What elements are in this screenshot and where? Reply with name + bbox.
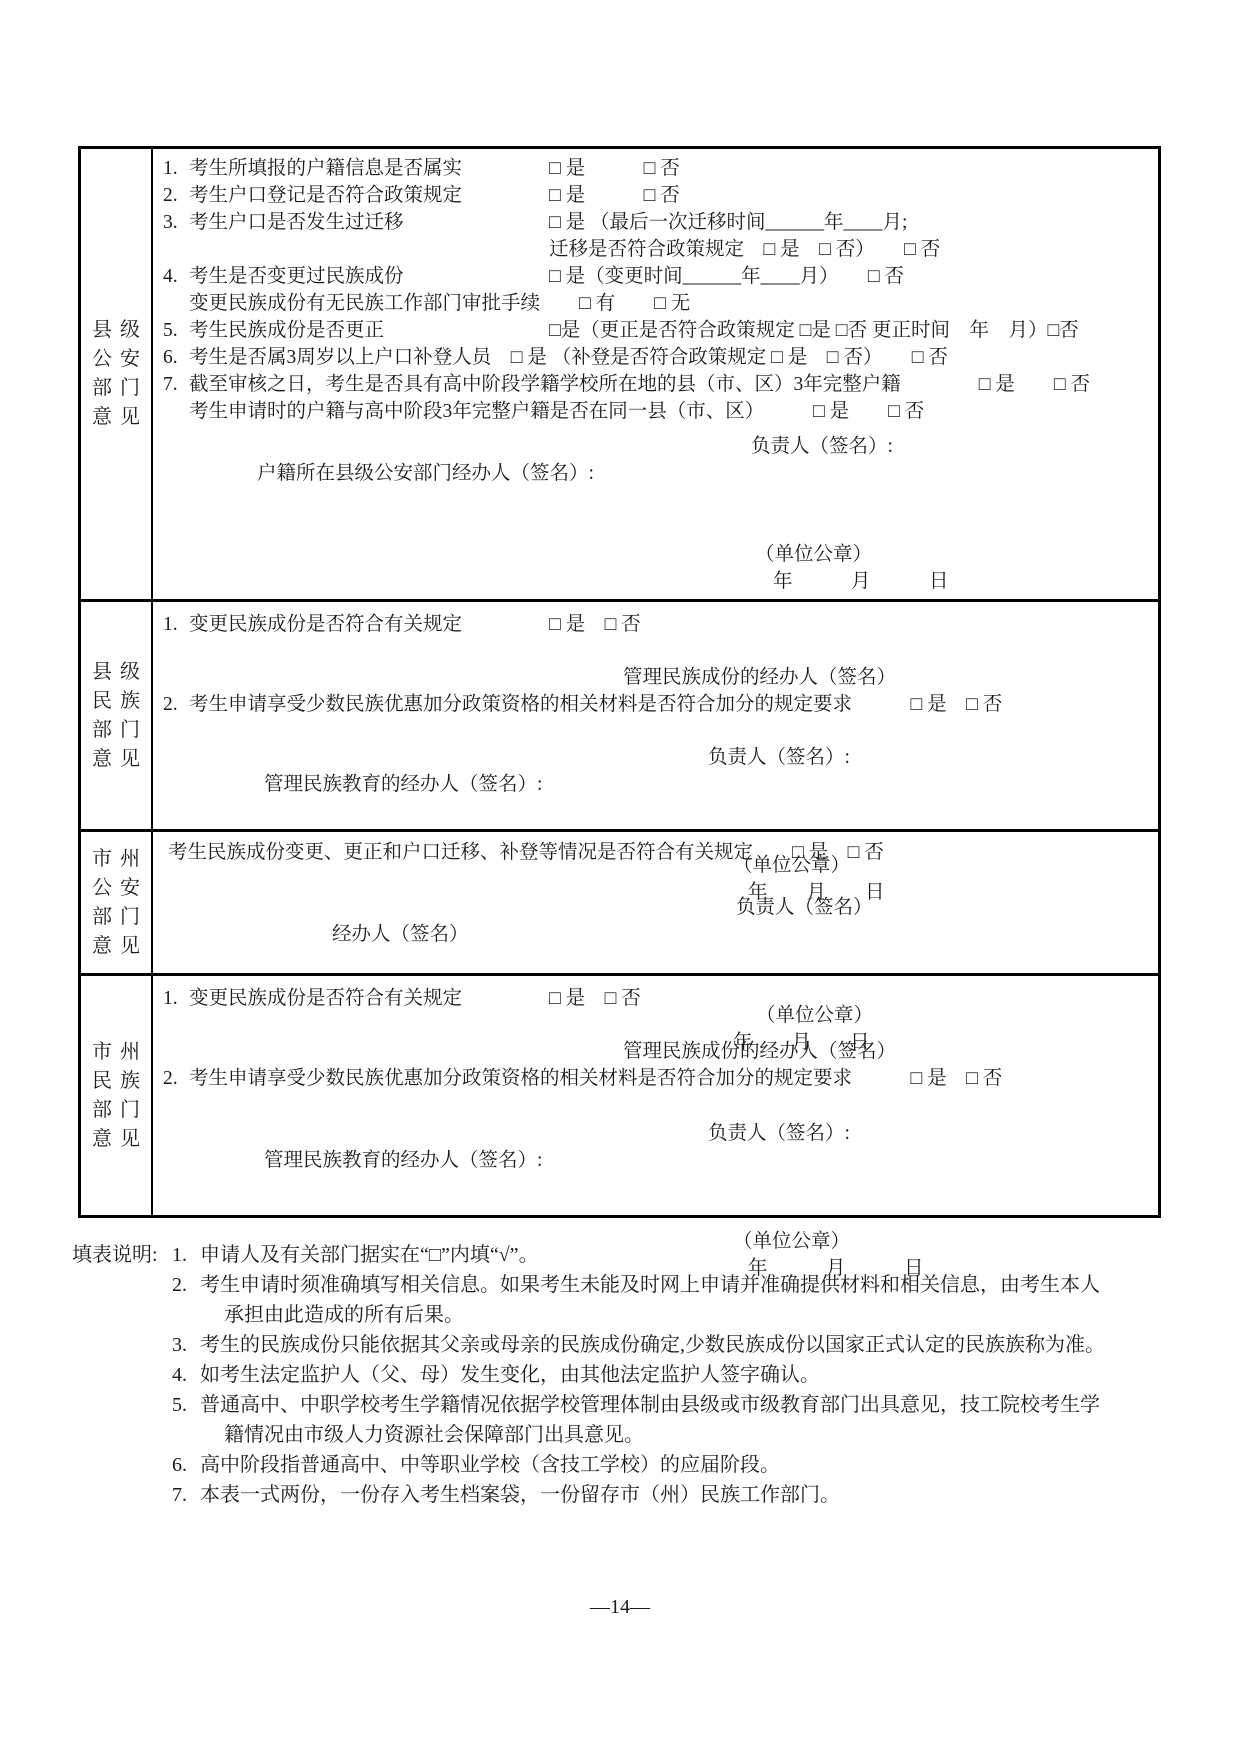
row-label-line: 公安 bbox=[84, 874, 148, 903]
row-label-line: 民族 bbox=[84, 687, 148, 716]
question-line: 6. 考生是否属3周岁以上户口补登人员 □ 是 （补登是否符合政策规定 □ 是 … bbox=[163, 344, 1148, 371]
row-label-line: 公安 bbox=[84, 345, 148, 374]
document-page: { "r1": { "label": ["县级", "公安", "部门", "意… bbox=[0, 0, 1240, 1754]
row-label-line: 县级 bbox=[84, 316, 148, 345]
question-text: 考生所填报的户籍信息是否属实 bbox=[189, 155, 549, 182]
note-text: 考生的民族成份只能依据其父亲或母亲的民族成份确定,少数民族成份以国家正式认定的民… bbox=[200, 1330, 1105, 1360]
principal-signature-label: 负责人（签名）: bbox=[708, 744, 850, 771]
answer-options: □ 是 □ 否 bbox=[549, 985, 641, 1012]
note-number: 5. bbox=[172, 1390, 200, 1420]
question-number: 2. bbox=[163, 691, 189, 718]
question-line: 考生民族成份变更、更正和户口迁移、补登等情况是否符合有关规定 □ 是 □ 否 bbox=[163, 839, 1148, 866]
operator-signature-label: 管理民族教育的经办人（签名）: bbox=[264, 1150, 542, 1171]
question-line: 2. 考生申请享受少数民族优惠加分政策资格的相关材料是否符合加分的规定要求 □ … bbox=[163, 691, 1148, 718]
opinion-cell-city-ethnic: 1. 变更民族成份是否符合有关规定 □ 是 □ 否 管理民族成份的经办人（签名）… bbox=[153, 976, 1158, 1215]
opinion-row-county-police: 县级 公安 部门 意见 1. 考生所填报的户籍信息是否属实 □ 是 □ 否 2.… bbox=[81, 149, 1158, 599]
note-number: 7. bbox=[172, 1480, 200, 1510]
question-text: 变更民族成份是否符合有关规定 bbox=[189, 985, 549, 1012]
question-number: 1. bbox=[163, 155, 189, 182]
question-text: 考生申请享受少数民族优惠加分政策资格的相关材料是否符合加分的规定要求 □ 是 □… bbox=[189, 691, 1002, 718]
page-number: —14— bbox=[0, 1596, 1240, 1619]
question-line: 5. 考生民族成份是否更正 □是（更正是否符合政策规定 □是 □否 更正时间 年… bbox=[163, 317, 1148, 344]
opinion-row-city-ethnic: 市州 民族 部门 意见 1. 变更民族成份是否符合有关规定 □ 是 □ 否 管理… bbox=[81, 973, 1158, 1215]
row-label-city-ethnic: 市州 民族 部门 意见 bbox=[81, 976, 153, 1215]
note-text: 高中阶段指普通高中、中等职业学校（含技工学校）的应届阶段。 bbox=[200, 1450, 780, 1480]
question-text: 考生是否变更过民族成份 bbox=[189, 263, 549, 290]
question-line: 4. 考生是否变更过民族成份 □ 是（变更时间______年____月） □ 否 bbox=[163, 263, 1148, 290]
row-label-line: 民族 bbox=[84, 1067, 148, 1096]
question-text: 截至审核之日，考生是否具有高中阶段学籍学校所在地的县（市、区）3年完整户籍 □ … bbox=[189, 371, 1090, 398]
row-label-line: 县级 bbox=[84, 658, 148, 687]
note-text: 如考生法定监护人（父、母）发生变化，由其他法定监护人签字确认。 bbox=[200, 1360, 820, 1390]
signature-line: 管理民族教育的经办人（签名）: 负责人（签名）: bbox=[163, 1120, 1148, 1228]
note-number: 1. bbox=[172, 1240, 200, 1270]
note-number: 3. bbox=[172, 1330, 200, 1360]
question-number: 3. bbox=[163, 209, 189, 236]
row-label-county-ethnic: 县级 民族 部门 意见 bbox=[81, 602, 153, 829]
date-line: 年 月 日 bbox=[163, 568, 1148, 595]
question-text: 考生民族成份是否更正 bbox=[189, 317, 549, 344]
question-text: 考生户口登记是否符合政策规定 bbox=[189, 182, 549, 209]
question-number: 1. bbox=[163, 985, 189, 1012]
row-label-line: 市州 bbox=[84, 845, 148, 874]
question-text: 考生是否属3周岁以上户口补登人员 □ 是 （补登是否符合政策规定 □ 是 □ 否… bbox=[189, 344, 948, 371]
note-item: 5. 普通高中、中职学校考生学籍情况依据学校管理体制由县级或市级教育部门出具意见… bbox=[172, 1390, 1105, 1420]
answer-options: □是（更正是否符合政策规定 □是 □否 更正时间 年 月）□否 bbox=[549, 317, 1079, 344]
answer-options: □ 是 □ 否 bbox=[549, 182, 680, 209]
question-line: 3. 考生户口是否发生过迁移 □ 是 （最后一次迁移时间______年____月… bbox=[163, 209, 1148, 236]
question-continuation: 考生申请时的户籍与高中阶段3年完整户籍是否在同一县（市、区） □ 是 □ 否 bbox=[163, 398, 1148, 425]
question-number: 4. bbox=[163, 263, 189, 290]
question-line: 1. 变更民族成份是否符合有关规定 □ 是 □ 否 bbox=[163, 985, 1148, 1012]
note-text: 申请人及有关部门据实在“□”内填“√”。 bbox=[200, 1240, 539, 1270]
row-label-line: 部门 bbox=[84, 716, 148, 745]
ethnic-status-operator-label: 管理民族成份的经办人（签名） bbox=[163, 1038, 1148, 1065]
question-line: 1. 考生所填报的户籍信息是否属实 □ 是 □ 否 bbox=[163, 155, 1148, 182]
note-number: 2. bbox=[172, 1270, 200, 1300]
row-label-line: 意见 bbox=[84, 403, 148, 432]
note-text: 考生申请时须准确填写相关信息。如果考生未能及时网上申请并准确提供材料和相关信息，… bbox=[200, 1270, 1100, 1300]
question-text: 考生申请享受少数民族优惠加分政策资格的相关材料是否符合加分的规定要求 □ 是 □… bbox=[189, 1065, 1002, 1092]
note-number: 6. bbox=[172, 1450, 200, 1480]
answer-options: □ 是（变更时间______年____月） □ 否 bbox=[549, 263, 904, 290]
opinion-cell-county-ethnic: 1. 变更民族成份是否符合有关规定 □ 是 □ 否 管理民族成份的经办人（签名）… bbox=[153, 602, 1158, 829]
question-number: 1. bbox=[163, 611, 189, 638]
note-text: 本表一式两份，一份存入考生档案袋，一份留存市（州）民族工作部门。 bbox=[200, 1480, 840, 1510]
note-item: 2. 考生申请时须准确填写相关信息。如果考生未能及时网上申请并准确提供材料和相关… bbox=[172, 1270, 1105, 1300]
row-label-line: 意见 bbox=[84, 745, 148, 774]
question-line: 2. 考生申请享受少数民族优惠加分政策资格的相关材料是否符合加分的规定要求 □ … bbox=[163, 1065, 1148, 1092]
question-number: 6. bbox=[163, 344, 189, 371]
row-label-city-police: 市州 公安 部门 意见 bbox=[81, 832, 153, 973]
principal-signature-label: 负责人（签名） bbox=[736, 894, 873, 921]
opinion-cell-city-police: 考生民族成份变更、更正和户口迁移、补登等情况是否符合有关规定 □ 是 □ 否 经… bbox=[153, 832, 1158, 973]
note-text: 普通高中、中职学校考生学籍情况依据学校管理体制由县级或市级教育部门出具意见，技工… bbox=[200, 1390, 1100, 1420]
row-label-line: 意见 bbox=[84, 1125, 148, 1154]
principal-signature-label: 负责人（签名）: bbox=[751, 433, 893, 460]
notes-heading: 填表说明: bbox=[72, 1240, 172, 1510]
opinion-row-city-police: 市州 公安 部门 意见 考生民族成份变更、更正和户口迁移、补登等情况是否符合有关… bbox=[81, 829, 1158, 973]
note-item: 4. 如考生法定监护人（父、母）发生变化，由其他法定监护人签字确认。 bbox=[172, 1360, 1105, 1390]
opinion-cell-county-police: 1. 考生所填报的户籍信息是否属实 □ 是 □ 否 2. 考生户口登记是否符合政… bbox=[153, 149, 1158, 599]
question-number: 5. bbox=[163, 317, 189, 344]
question-number: 2. bbox=[163, 182, 189, 209]
row-label-line: 部门 bbox=[84, 903, 148, 932]
note-item: 7. 本表一式两份，一份存入考生档案袋，一份留存市（州）民族工作部门。 bbox=[172, 1480, 1105, 1510]
question-continuation: 变更民族成份有无民族工作部门审批手续 □ 有 □ 无 bbox=[163, 290, 1148, 317]
operator-signature-label: 户籍所在县级公安部门经办人（签名）: bbox=[257, 463, 594, 484]
row-label-line: 部门 bbox=[84, 1096, 148, 1125]
operator-signature-label: 管理民族教育的经办人（签名）: bbox=[264, 774, 542, 795]
notes-section: 填表说明: 1. 申请人及有关部门据实在“□”内填“√”。 2. 考生申请时须准… bbox=[72, 1240, 1177, 1510]
answer-options: □ 是 □ 否 bbox=[549, 611, 641, 638]
question-line: 2. 考生户口登记是否符合政策规定 □ 是 □ 否 bbox=[163, 182, 1148, 209]
question-text: 变更民族成份是否符合有关规定 bbox=[189, 611, 549, 638]
ethnic-status-operator-label: 管理民族成份的经办人（签名） bbox=[163, 664, 1148, 691]
row-label-county-police: 县级 公安 部门 意见 bbox=[81, 149, 153, 599]
note-item: 3. 考生的民族成份只能依据其父亲或母亲的民族成份确定,少数民族成份以国家正式认… bbox=[172, 1330, 1105, 1360]
question-continuation: 迁移是否符合政策规定 □ 是 □ 否） □ 否 bbox=[163, 236, 1148, 263]
question-number: 7. bbox=[163, 371, 189, 398]
row-label-line: 意见 bbox=[84, 932, 148, 961]
note-continuation: 承担由此造成的所有后果。 bbox=[172, 1300, 1105, 1330]
question-line: 7. 截至审核之日，考生是否具有高中阶段学籍学校所在地的县（市、区）3年完整户籍… bbox=[163, 371, 1148, 398]
note-item: 1. 申请人及有关部门据实在“□”内填“√”。 bbox=[172, 1240, 1105, 1270]
answer-options: □ 是 □ 否 bbox=[549, 155, 680, 182]
row-label-line: 部门 bbox=[84, 374, 148, 403]
note-continuation: 籍情况由市级人力资源社会保障部门出具意见。 bbox=[172, 1420, 1105, 1450]
opinion-row-county-ethnic: 县级 民族 部门 意见 1. 变更民族成份是否符合有关规定 □ 是 □ 否 管理… bbox=[81, 599, 1158, 829]
note-item: 6. 高中阶段指普通高中、中等职业学校（含技工学校）的应届阶段。 bbox=[172, 1450, 1105, 1480]
answer-options: □ 是 （最后一次迁移时间______年____月; bbox=[549, 209, 907, 236]
operator-signature-label: 经办人（签名） bbox=[332, 924, 469, 945]
signature-line: 户籍所在县级公安部门经办人（签名）: 负责人（签名）: bbox=[163, 433, 1148, 541]
seal-label: （单位公章） bbox=[163, 541, 1148, 568]
question-number: 2. bbox=[163, 1065, 189, 1092]
note-number: 4. bbox=[172, 1360, 200, 1390]
principal-signature-label: 负责人（签名）: bbox=[708, 1120, 850, 1147]
question-text: 考生户口是否发生过迁移 bbox=[189, 209, 549, 236]
form-table: 县级 公安 部门 意见 1. 考生所填报的户籍信息是否属实 □ 是 □ 否 2.… bbox=[78, 146, 1161, 1218]
notes-list: 1. 申请人及有关部门据实在“□”内填“√”。 2. 考生申请时须准确填写相关信… bbox=[172, 1240, 1105, 1510]
question-line: 1. 变更民族成份是否符合有关规定 □ 是 □ 否 bbox=[163, 611, 1148, 638]
row-label-line: 市州 bbox=[84, 1038, 148, 1067]
